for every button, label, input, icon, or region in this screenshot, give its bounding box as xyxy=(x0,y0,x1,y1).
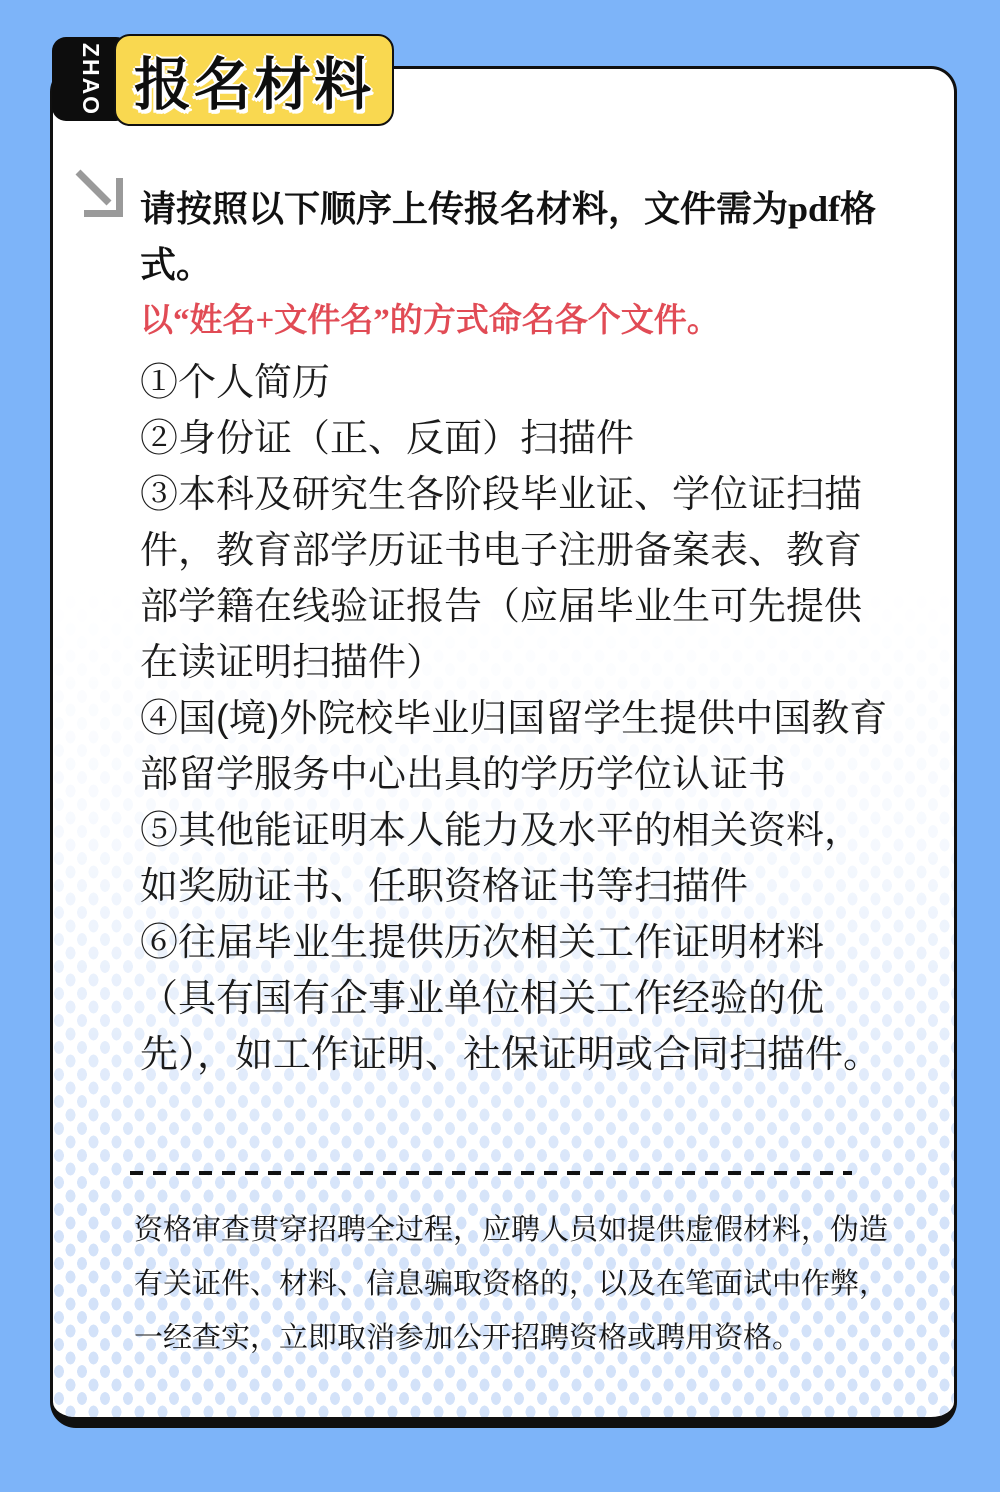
material-list: ①个人简历 ②身份证（正、反面）扫描件 ③本科及研究生各阶段毕业证、学位证扫描件… xyxy=(140,355,888,1083)
zhao-tag-label: ZHAO xyxy=(77,42,104,115)
material-item-4: ④国(境)外院校毕业归国留学生提供中国教育部留学服务中心出具的学历学位认证书 xyxy=(140,691,888,803)
title-banner: 报名材料 xyxy=(114,34,394,126)
content-card: 请按照以下顺序上传报名材料，文件需为pdf格式。 以“姓名+文件名”的方式命名各… xyxy=(50,66,957,1428)
poster-page: 请按照以下顺序上传报名材料，文件需为pdf格式。 以“姓名+文件名”的方式命名各… xyxy=(0,0,1000,1492)
dashed-divider xyxy=(130,1171,852,1175)
material-item-6: ⑥往届毕业生提供历次相关工作证明材料（具有国有企事业单位相关工作经验的优先），如… xyxy=(140,915,888,1083)
intro-line-naming-rule: 以“姓名+文件名”的方式命名各个文件。 xyxy=(140,293,882,349)
intro-block: 请按照以下顺序上传报名材料，文件需为pdf格式。 以“姓名+文件名”的方式命名各… xyxy=(140,181,882,349)
qualification-notice: 资格审查贯穿招聘全过程，应聘人员如提供虚假材料，伪造有关证件、材料、信息骗取资格… xyxy=(134,1203,896,1365)
card-content: 请按照以下顺序上传报名材料，文件需为pdf格式。 以“姓名+文件名”的方式命名各… xyxy=(53,69,954,1365)
intro-line-upload-order: 请按照以下顺序上传报名材料，文件需为pdf格式。 xyxy=(140,181,882,293)
material-item-1: ①个人简历 xyxy=(140,355,888,411)
page-title: 报名材料 xyxy=(134,39,374,121)
material-item-5: ⑤其他能证明本人能力及水平的相关资料，如奖励证书、任职资格证书等扫描件 xyxy=(140,803,888,915)
material-item-2: ②身份证（正、反面）扫描件 xyxy=(140,411,888,467)
material-item-3: ③本科及研究生各阶段毕业证、学位证扫描件，教育部学历证书电子注册备案表、教育部学… xyxy=(140,467,888,691)
